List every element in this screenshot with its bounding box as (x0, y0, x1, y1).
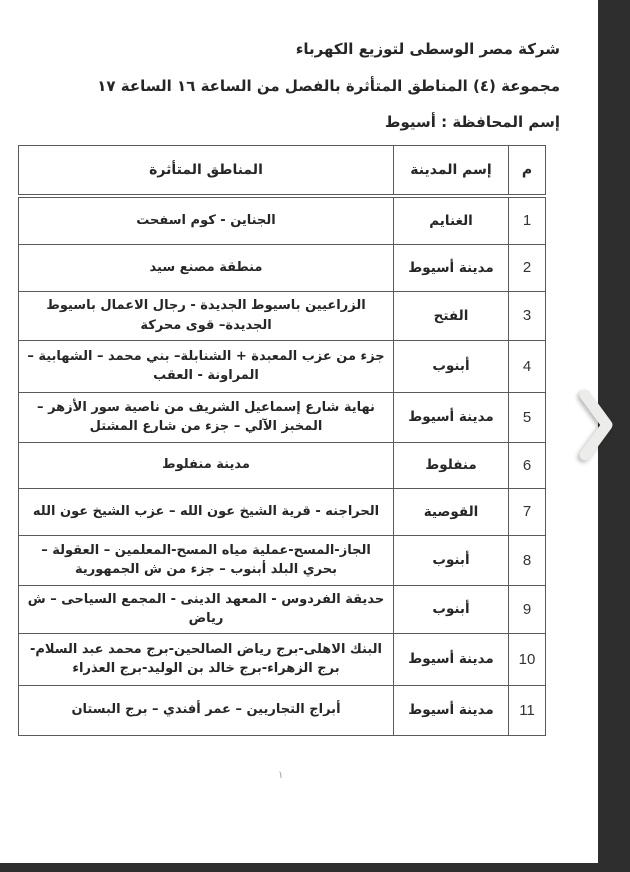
affected-areas: الزراعيين باسيوط الجديدة - رجال الاعمال … (19, 291, 394, 340)
header-cell-num: م (509, 146, 546, 197)
city-name: مدينة أسيوط (394, 685, 509, 735)
row-number: 7 (509, 488, 546, 535)
header-cell-areas: المناطق المتأثرة (19, 146, 394, 197)
city-name: الفتح (394, 291, 509, 340)
table-row: 5 مدينة أسيوط نهاية شارع إسماعيل الشريف … (19, 392, 546, 442)
row-number: 1 (509, 196, 546, 244)
bottom-dark-panel (0, 863, 630, 872)
group-subtitle: مجموعة (٤) المناطق المتأثرة بالفصل من ال… (97, 77, 560, 95)
row-number: 10 (509, 633, 546, 685)
affected-areas: الجناين - كوم اسفحت (19, 196, 394, 244)
table-row: 8 أبنوب الجاز-المسح-عملية مياه المسح-الم… (19, 535, 546, 585)
affected-areas: مدينة منفلوط (19, 442, 394, 488)
affected-areas: جزء من عزب المعبدة + الشنابلة– بني محمد … (19, 340, 394, 392)
table-row: 11 مدينة أسيوط أبراج التجاريين – عمر أفن… (19, 685, 546, 735)
city-name: أبنوب (394, 340, 509, 392)
header-cell-city: إسم المدينة (394, 146, 509, 197)
row-number: 3 (509, 291, 546, 340)
company-title: شركة مصر الوسطى لتوزيع الكهرباء (296, 40, 560, 58)
table-row: 4 أبنوب جزء من عزب المعبدة + الشنابلة– ب… (19, 340, 546, 392)
row-number: 5 (509, 392, 546, 442)
city-name: أبنوب (394, 585, 509, 633)
affected-areas: منطقة مصنع سيد (19, 244, 394, 291)
city-name: مدينة أسيوط (394, 392, 509, 442)
next-page-chevron-icon[interactable] (576, 386, 616, 464)
row-number: 4 (509, 340, 546, 392)
table-row: 2 مدينة أسيوط منطقة مصنع سيد (19, 244, 546, 291)
city-name: أبنوب (394, 535, 509, 585)
table-row: 10 مدينة أسيوط البنك الاهلى-برج رياض الص… (19, 633, 546, 685)
table-row: 1 الغنايم الجناين - كوم اسفحت (19, 196, 546, 244)
affected-areas: نهاية شارع إسماعيل الشريف من ناصية سور ا… (19, 392, 394, 442)
table-row: 9 أبنوب حديقة الفردوس - المعهد الدينى - … (19, 585, 546, 633)
city-name: مدينة أسيوط (394, 633, 509, 685)
affected-areas: البنك الاهلى-برج رياض الصالحين-برج محمد … (19, 633, 394, 685)
row-number: 6 (509, 442, 546, 488)
table-row: 3 الفتح الزراعيين باسيوط الجديدة - رجال … (19, 291, 546, 340)
row-number: 2 (509, 244, 546, 291)
table-header-row: م إسم المدينة المناطق المتأثرة (19, 146, 546, 197)
city-name: مدينة أسيوط (394, 244, 509, 291)
city-name: الغنايم (394, 196, 509, 244)
city-name: القوصية (394, 488, 509, 535)
row-number: 9 (509, 585, 546, 633)
row-number: 11 (509, 685, 546, 735)
row-number: 8 (509, 535, 546, 585)
table-row: 7 القوصية الحراجنه - قرية الشيخ عون الله… (19, 488, 546, 535)
governorate-label: إسم المحافظة : أسيوط (385, 113, 560, 131)
page-number: ١ (278, 770, 283, 781)
affected-areas: الحراجنه - قرية الشيخ عون الله – عزب الش… (19, 488, 394, 535)
document-page: شركة مصر الوسطى لتوزيع الكهرباء مجموعة (… (0, 0, 630, 872)
city-name: منفلوط (394, 442, 509, 488)
table-row: 6 منفلوط مدينة منفلوط (19, 442, 546, 488)
affected-areas: أبراج التجاريين – عمر أفندي – برج البستا… (19, 685, 394, 735)
affected-areas: حديقة الفردوس - المعهد الدينى - المجمع ا… (19, 585, 394, 633)
affected-areas: الجاز-المسح-عملية مياه المسح-المعلمين – … (19, 535, 394, 585)
affected-areas-table: م إسم المدينة المناطق المتأثرة 1 الغنايم… (18, 145, 546, 736)
